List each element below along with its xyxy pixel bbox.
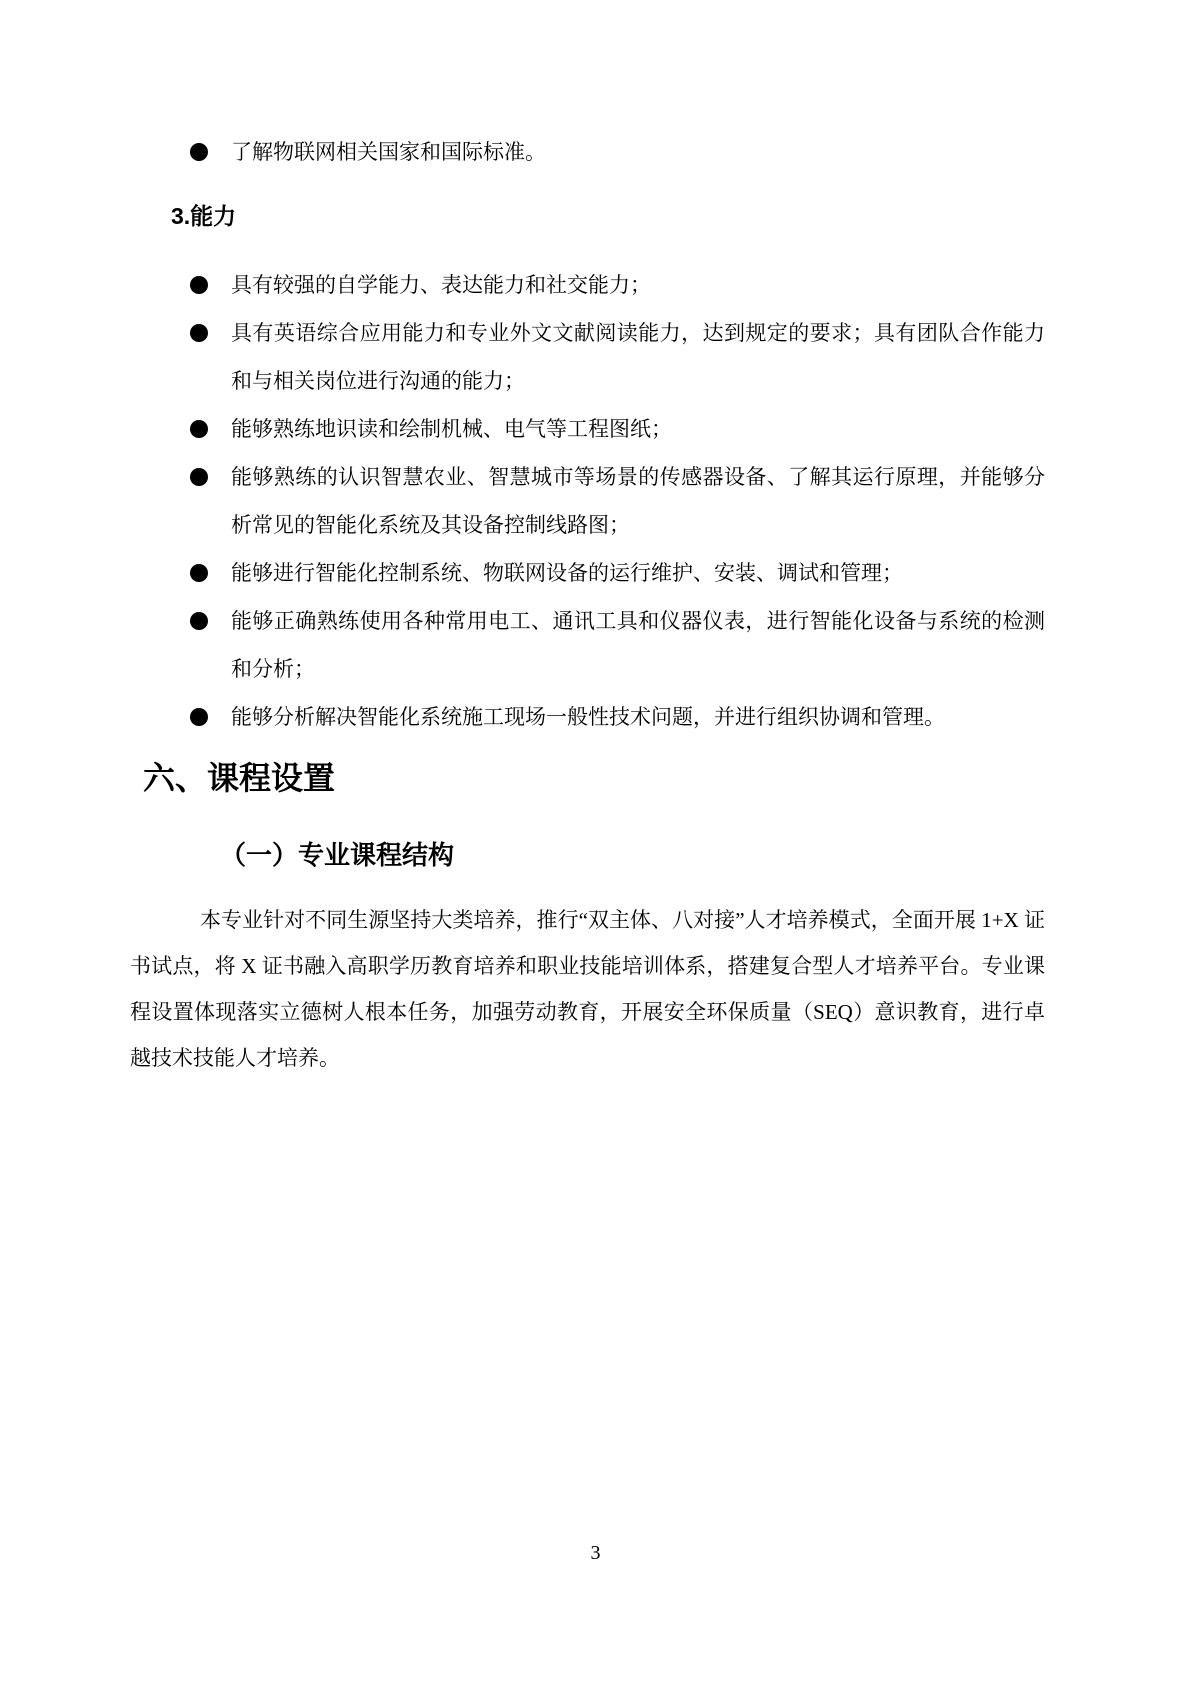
bullet-icon	[190, 143, 208, 161]
bullet-icon	[190, 276, 208, 294]
bullet-icon	[190, 564, 208, 582]
document-page: 了解物联网相关国家和国际标准。 3.能力 具有较强的自学能力、表达能力和社交能力…	[0, 0, 1191, 1684]
list-item: 能够进行智能化控制系统、物联网设备的运行维护、安装、调试和管理；	[130, 549, 1045, 597]
bullet-icon	[190, 612, 208, 630]
bullet-text: 具有英语综合应用能力和专业外文文献阅读能力，达到规定的要求；具有团队合作能力和与…	[231, 321, 1045, 393]
bullet-text: 能够熟练的认识智慧农业、智慧城市等场景的传感器设备、了解其运行原理，并能够分析常…	[231, 465, 1045, 537]
bullet-icon	[190, 420, 208, 438]
bullet-text: 能够进行智能化控制系统、物联网设备的运行维护、安装、调试和管理；	[231, 561, 903, 585]
list-item: 能够正确熟练使用各种常用电工、通讯工具和仪器仪表，进行智能化设备与系统的检测和分…	[130, 597, 1045, 693]
knowledge-bullet-list: 了解物联网相关国家和国际标准。	[130, 128, 1045, 176]
list-item: 能够熟练的认识智慧农业、智慧城市等场景的传感器设备、了解其运行原理，并能够分析常…	[130, 453, 1045, 549]
bullet-text: 能够分析解决智能化系统施工现场一般性技术问题，并进行组织协调和管理。	[231, 705, 945, 729]
bullet-text: 具有较强的自学能力、表达能力和社交能力；	[231, 273, 651, 297]
ability-bullet-list: 具有较强的自学能力、表达能力和社交能力； 具有英语综合应用能力和专业外文文献阅读…	[130, 261, 1045, 741]
bullet-text: 能够正确熟练使用各种常用电工、通讯工具和仪器仪表，进行智能化设备与系统的检测和分…	[231, 609, 1045, 681]
bullet-text: 了解物联网相关国家和国际标准。	[231, 140, 546, 164]
section-heading: 六、课程设置	[143, 753, 1045, 803]
subsection-heading: （一）专业课程结构	[220, 831, 1045, 879]
bullet-icon	[190, 324, 208, 342]
bullet-text: 能够熟练地识读和绘制机械、电气等工程图纸；	[231, 417, 672, 441]
bullet-icon	[190, 708, 208, 726]
page-content: 了解物联网相关国家和国际标准。 3.能力 具有较强的自学能力、表达能力和社交能力…	[130, 128, 1045, 1081]
bullet-icon	[190, 468, 208, 486]
ability-heading: 3.能力	[171, 192, 1045, 240]
list-item: 了解物联网相关国家和国际标准。	[130, 128, 1045, 176]
list-item: 具有英语综合应用能力和专业外文文献阅读能力，达到规定的要求；具有团队合作能力和与…	[130, 309, 1045, 405]
page-number: 3	[591, 1542, 601, 1564]
body-paragraph: 本专业针对不同生源坚持大类培养，推行“双主体、八对接”人才培养模式，全面开展 1…	[130, 897, 1045, 1081]
list-item: 能够分析解决智能化系统施工现场一般性技术问题，并进行组织协调和管理。	[130, 693, 1045, 741]
list-item: 具有较强的自学能力、表达能力和社交能力；	[130, 261, 1045, 309]
page-footer: 3	[0, 1538, 1191, 1568]
list-item: 能够熟练地识读和绘制机械、电气等工程图纸；	[130, 405, 1045, 453]
